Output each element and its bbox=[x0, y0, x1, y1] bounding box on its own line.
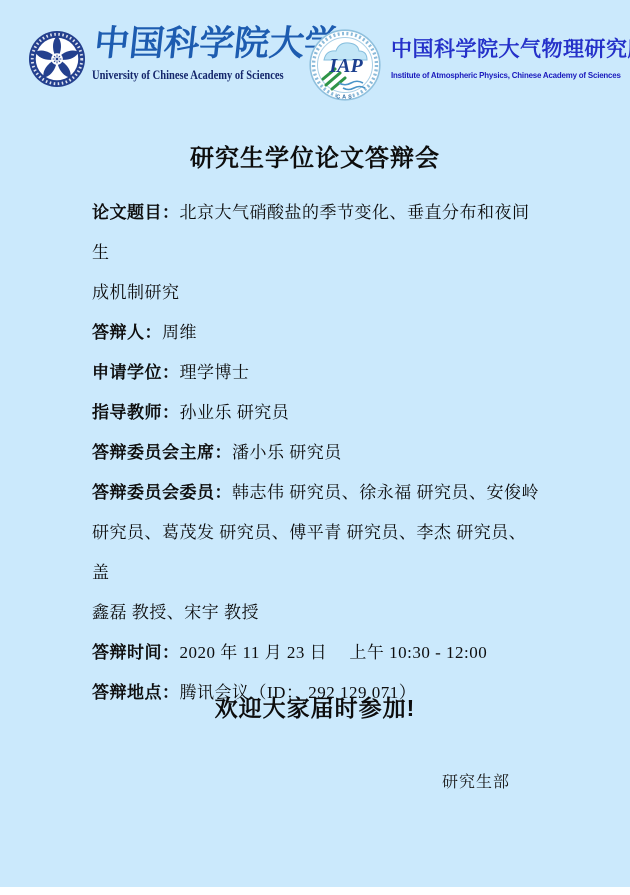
field-committee-chair: 答辩委员会主席：潘小乐 研究员 bbox=[92, 433, 540, 473]
defense-info: 论文题目：北京大气硝酸盐的季节变化、垂直分布和夜间生 成机制研究 答辩人：周维 … bbox=[92, 193, 540, 713]
field-thesis-title: 论文题目：北京大气硝酸盐的季节变化、垂直分布和夜间生 成机制研究 bbox=[92, 193, 540, 313]
welcome-text: 欢迎大家届时参加! bbox=[0, 690, 630, 723]
announcement-page: 中国科学院大学 University of Chinese Academy of… bbox=[0, 0, 630, 895]
page-title: 研究生学位论文答辩会 bbox=[0, 138, 630, 173]
ucas-emblem-icon bbox=[28, 30, 86, 88]
field-value: 理学博士 bbox=[180, 363, 250, 382]
field-value: 潘小乐 研究员 bbox=[232, 443, 342, 462]
ucas-header-text: 中国科学院大学 University of Chinese Academy of… bbox=[92, 22, 307, 83]
field-advisor: 指导教师：孙业乐 研究员 bbox=[92, 393, 540, 433]
field-label: 答辩时间： bbox=[92, 643, 180, 662]
field-label: 申请学位： bbox=[92, 363, 180, 382]
field-label: 指导教师： bbox=[92, 403, 180, 422]
iap-name-chinese: 中国科学院大气物理研究所 bbox=[391, 36, 630, 63]
field-label: 论文题目： bbox=[92, 203, 180, 222]
signature: 研究生部 bbox=[0, 769, 510, 792]
field-value: 韩志伟 研究员、徐永福 研究员、安俊岭 研究员、葛茂发 研究员、傅平青 研究员、… bbox=[92, 483, 539, 622]
field-label: 答辩人： bbox=[92, 323, 162, 342]
field-value: 2020 年 11 月 23 日 上午 10:30 - 12:00 bbox=[180, 643, 488, 662]
field-label: 答辩委员会主席： bbox=[92, 443, 232, 462]
field-value: 周维 bbox=[162, 323, 197, 342]
field-degree: 申请学位：理学博士 bbox=[92, 353, 540, 393]
iap-logo-text: IAP bbox=[328, 55, 363, 77]
ucas-name-english: University of Chinese Academy of Science… bbox=[92, 68, 273, 83]
iap-header-text: 中国科学院大气物理研究所 Institute of Atmospheric Ph… bbox=[391, 36, 630, 80]
iap-emblem-icon: IAP CAS bbox=[309, 29, 381, 101]
ucas-name-chinese: 中国科学院大学 bbox=[92, 22, 312, 66]
field-defender: 答辩人：周维 bbox=[92, 313, 540, 353]
field-committee-members: 答辩委员会委员：韩志伟 研究员、徐永福 研究员、安俊岭 研究员、葛茂发 研究员、… bbox=[92, 473, 540, 633]
page-bottom-strip bbox=[0, 887, 630, 895]
field-label: 答辩委员会委员： bbox=[92, 483, 232, 502]
iap-name-english: Institute of Atmospheric Physics, Chines… bbox=[391, 70, 613, 80]
field-value: 孙业乐 研究员 bbox=[180, 403, 290, 422]
iap-logo-subtext: CAS bbox=[336, 95, 354, 101]
field-defense-time: 答辩时间：2020 年 11 月 23 日 上午 10:30 - 12:00 bbox=[92, 633, 540, 673]
